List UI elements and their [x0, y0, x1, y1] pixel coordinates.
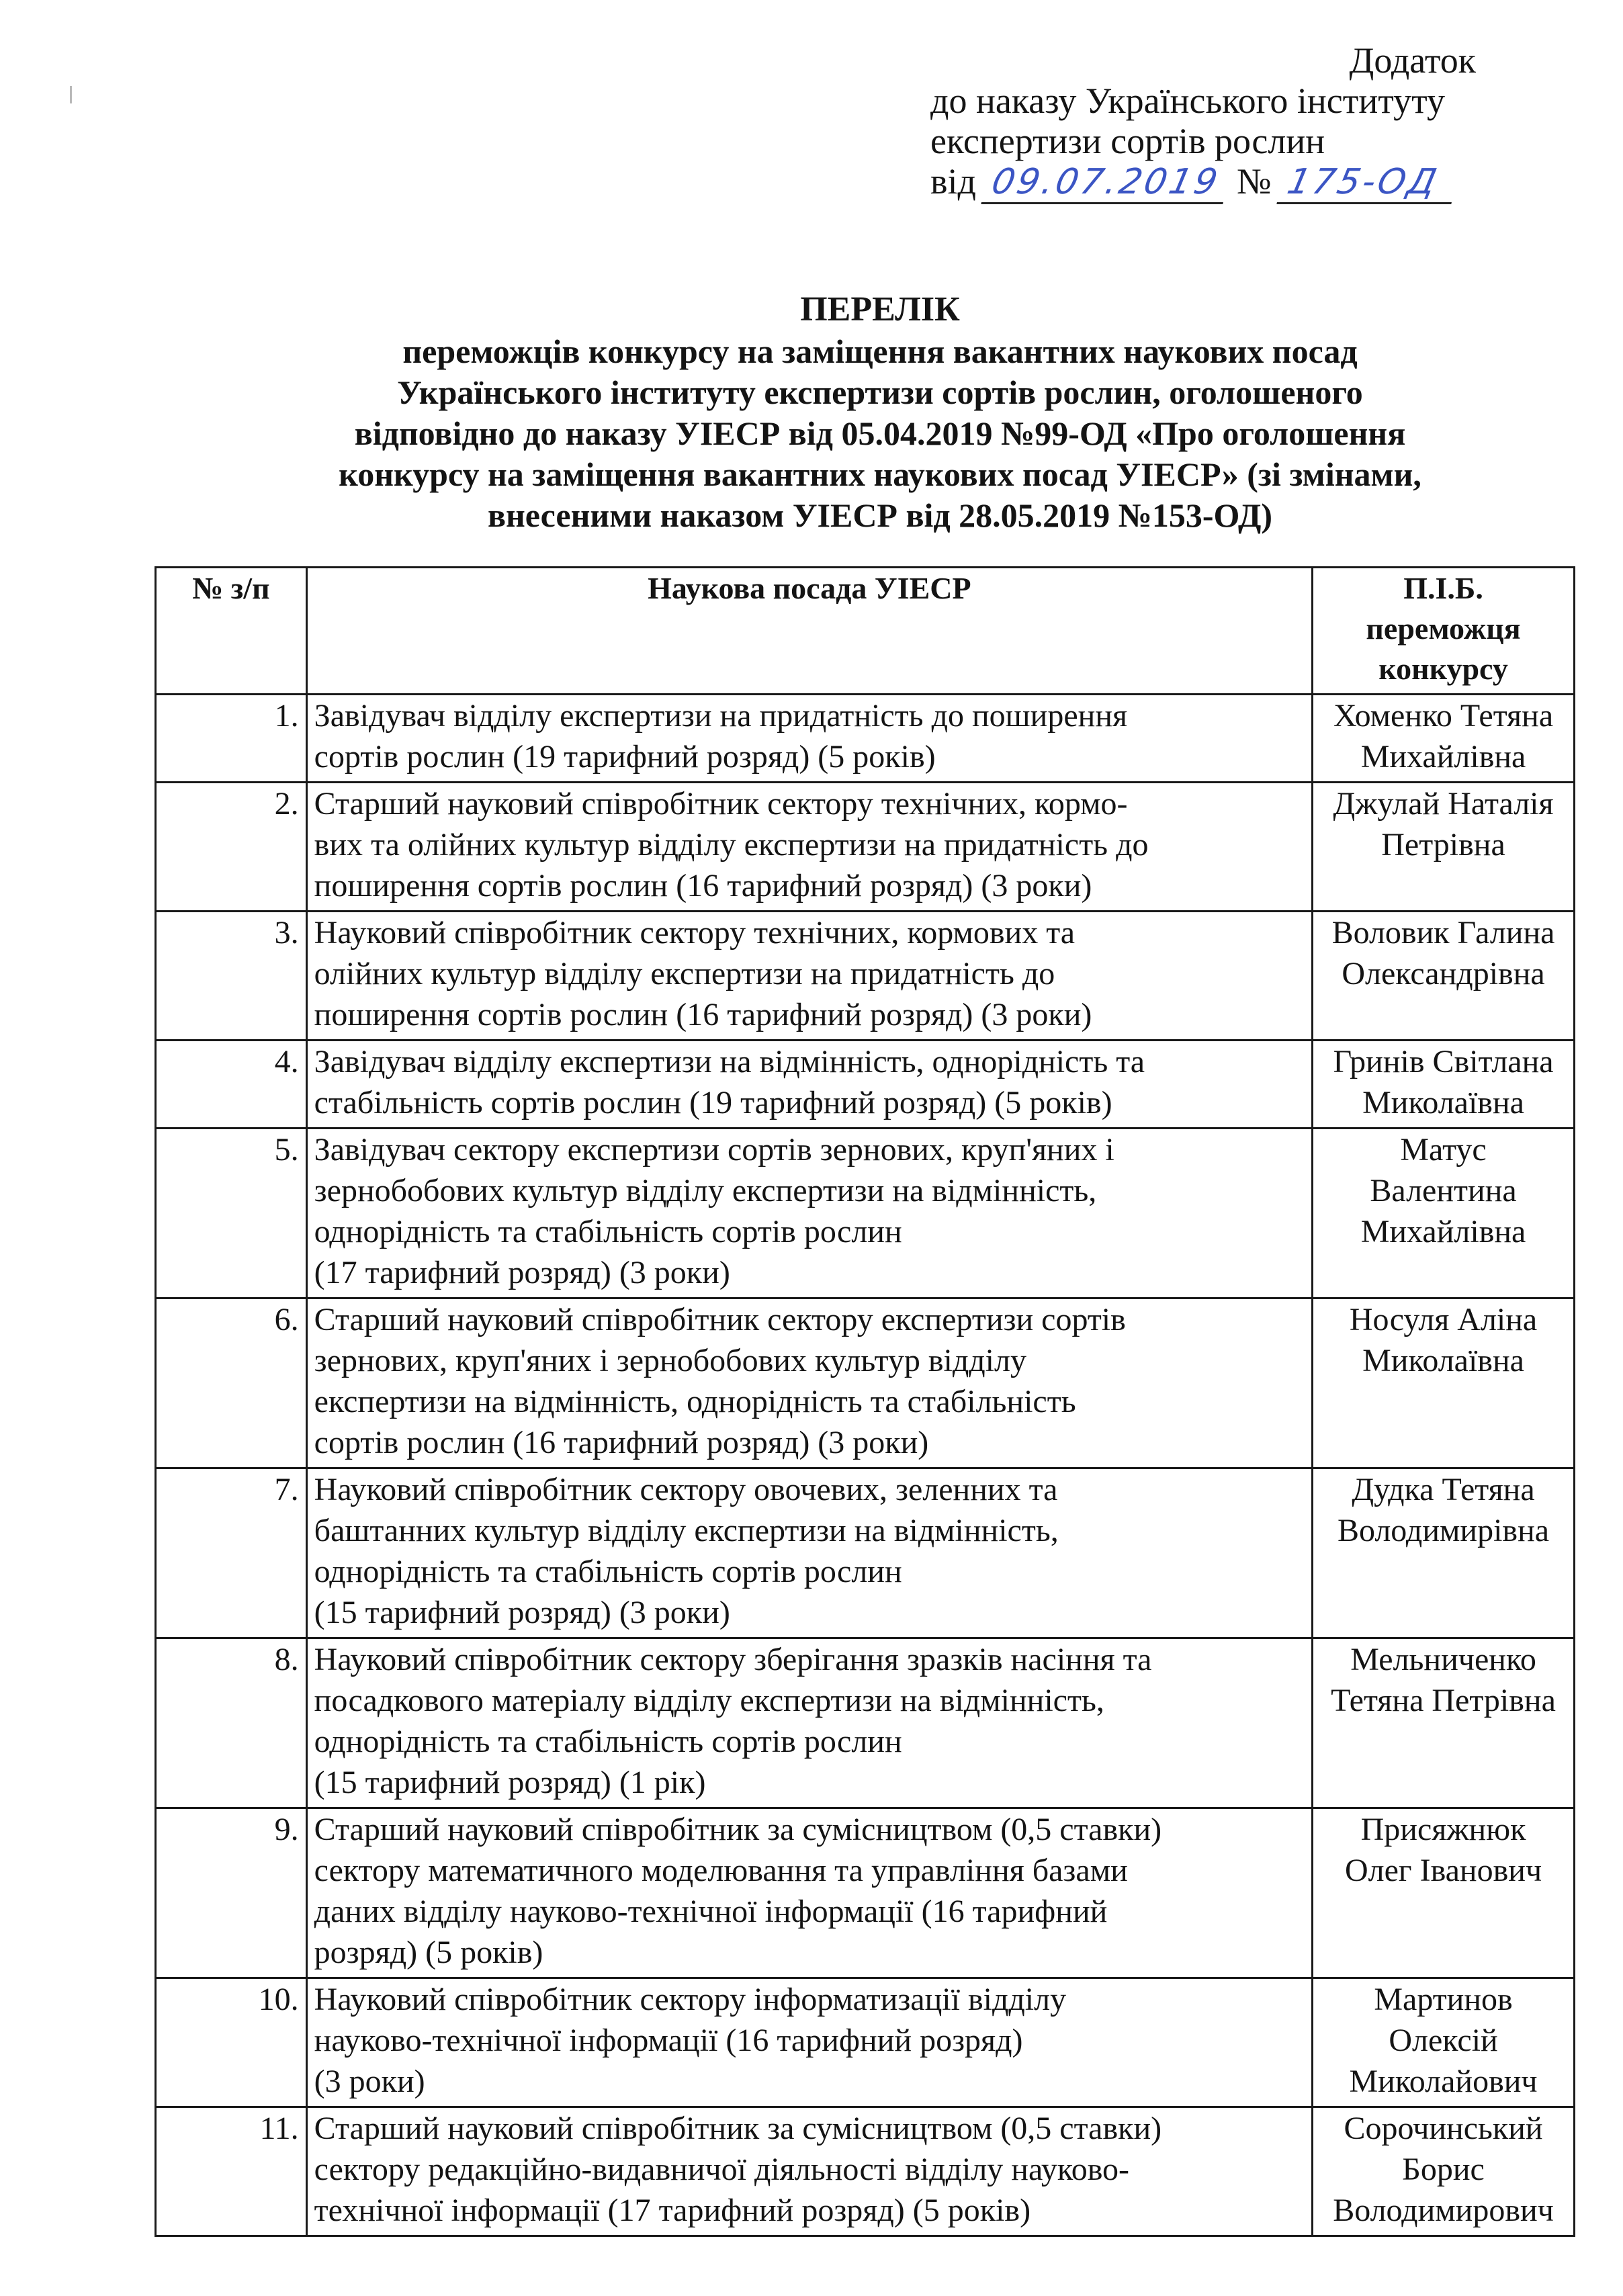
row-position: Старший науковий співробітник за сумісни… [306, 2107, 1312, 2236]
row-number: 10. [156, 1978, 307, 2107]
table-row: 11.Старший науковий співробітник за сумі… [156, 2107, 1575, 2236]
order-reference: від 09.07.2019 № 175-ОД [930, 161, 1522, 204]
table-row: 8.Науковий співробітник сектору зберіган… [156, 1638, 1575, 1808]
table-header-row: № з/п Наукова посада УІЕСР П.І.Б. перемо… [156, 568, 1575, 695]
handwritten-order-number: 175-ОД [1276, 162, 1460, 204]
row-number: 6. [156, 1298, 307, 1468]
table-row: 10.Науковий співробітник сектору інформа… [156, 1978, 1575, 2107]
row-number: 3. [156, 912, 307, 1041]
table-row: 7.Науковий співробітник сектору овочевих… [156, 1468, 1575, 1638]
row-winner: Хоменко Тетяна Михайлівна [1313, 695, 1575, 783]
number-prefix: № [1237, 161, 1272, 202]
subtitle-line: переможців конкурсу на заміщення вакантн… [242, 331, 1518, 372]
handwritten-date: 09.07.2019 [981, 162, 1231, 204]
row-position: Завідувач сектору експертизи сортів зерн… [306, 1129, 1312, 1298]
table-row: 1.Завідувач відділу експертизи на придат… [156, 695, 1575, 783]
row-position: Старший науковий співробітник сектору ек… [306, 1298, 1312, 1468]
table-row: 6.Старший науковий співробітник сектору … [156, 1298, 1575, 1468]
subtitle-line: відповідно до наказу УІЕСР від 05.04.201… [242, 413, 1518, 454]
row-winner: Дудка Тетяна Володимирівна [1313, 1468, 1575, 1638]
row-position: Науковий співробітник сектору зберігання… [306, 1638, 1312, 1808]
document-heading: ПЕРЕЛІК [242, 289, 1518, 330]
row-number: 9. [156, 1808, 307, 1978]
table-row: 3.Науковий співробітник сектору технічни… [156, 912, 1575, 1041]
header-winner: П.І.Б. переможця конкурсу [1313, 568, 1575, 695]
row-number: 11. [156, 2107, 307, 2236]
row-position: Старший науковий співробітник сектору те… [306, 783, 1312, 912]
appendix-line-1: до наказу Українського інституту [930, 81, 1522, 121]
row-number: 2. [156, 783, 307, 912]
winners-table: № з/п Наукова посада УІЕСР П.І.Б. перемо… [155, 566, 1575, 2237]
row-winner: Сорочинський Борис Володимирович [1313, 2107, 1575, 2236]
appendix-block: Додаток до наказу Українського інституту… [930, 40, 1522, 204]
subtitle-line: Українського інституту експертизи сортів… [242, 372, 1518, 413]
row-position: Науковий співробітник сектору інформатиз… [306, 1978, 1312, 2107]
table-row: 2.Старший науковий співробітник сектору … [156, 783, 1575, 912]
table-row: 5.Завідувач сектору експертизи сортів зе… [156, 1129, 1575, 1298]
row-position: Завідувач відділу експертизи на придатні… [306, 695, 1312, 783]
row-winner: Гринів Світлана Миколаївна [1313, 1041, 1575, 1129]
row-position: Старший науковий співробітник за сумісни… [306, 1808, 1312, 1978]
table-row: 9.Старший науковий співробітник за суміс… [156, 1808, 1575, 1978]
table-row: 4.Завідувач відділу експертизи на відмін… [156, 1041, 1575, 1129]
row-winner: Мельниченко Тетяна Петрівна [1313, 1638, 1575, 1808]
row-winner: Воловик Галина Олександрівна [1313, 912, 1575, 1041]
table-body: 1.Завідувач відділу експертизи на придат… [156, 695, 1575, 2236]
row-number: 5. [156, 1129, 307, 1298]
header-position: Наукова посада УІЕСР [306, 568, 1312, 695]
row-number: 7. [156, 1468, 307, 1638]
document-title-block: ПЕРЕЛІК переможців конкурсу на заміщення… [242, 289, 1518, 536]
row-position: Завідувач відділу експертизи на відмінні… [306, 1041, 1312, 1129]
date-prefix: від [930, 161, 976, 202]
row-winner: Джулай Наталія Петрівна [1313, 783, 1575, 912]
row-position: Науковий співробітник сектору овочевих, … [306, 1468, 1312, 1638]
row-number: 1. [156, 695, 307, 783]
subtitle-line: конкурсу на заміщення вакантних наукових… [242, 454, 1518, 495]
row-winner: Матус Валентина Михайлівна [1313, 1129, 1575, 1298]
row-winner: Присяжнюк Олег Іванович [1313, 1808, 1575, 1978]
row-number: 8. [156, 1638, 307, 1808]
row-winner: Мартинов Олексій Миколайович [1313, 1978, 1575, 2107]
row-position: Науковий співробітник сектору технічних,… [306, 912, 1312, 1041]
header-number: № з/п [156, 568, 307, 695]
appendix-title: Додаток [930, 40, 1522, 81]
row-winner: Носуля Аліна Миколаївна [1313, 1298, 1575, 1468]
row-number: 4. [156, 1041, 307, 1129]
appendix-line-2: експертизи сортів рослин [930, 121, 1522, 161]
subtitle-line: внесеними наказом УІЕСР від 28.05.2019 №… [242, 495, 1518, 536]
scan-artifact-mark [70, 86, 75, 103]
